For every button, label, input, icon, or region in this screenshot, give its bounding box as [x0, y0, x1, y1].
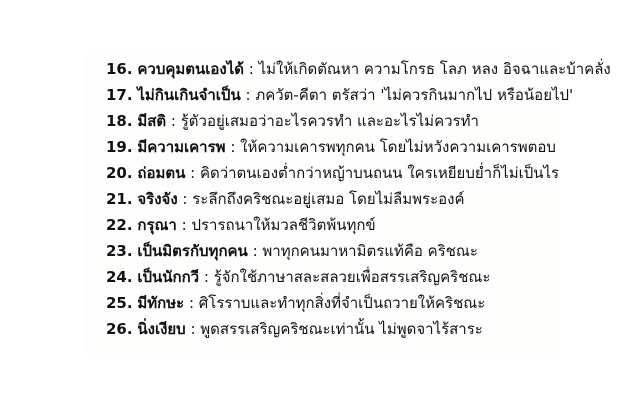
item-separator: : [248, 242, 263, 260]
item-term: มีความเคารพ [137, 138, 225, 156]
item-separator: : [184, 294, 199, 312]
item-number: 24. [106, 268, 133, 286]
item-description: ภควัต-คีตา ตรัสว่า 'ไม่ควรกินมากไป หรือน… [255, 86, 573, 104]
item-term: มีทักษะ [137, 294, 184, 312]
item-term: นิ่งเงียบ [137, 320, 185, 338]
item-separator: : [166, 112, 181, 130]
list-item-18: 18. มีสติ : รู้ตัวอยู่เสมอว่าอะไรควรทำ แ… [106, 108, 611, 134]
item-number: 23. [106, 242, 133, 260]
item-description: ให้ความเคารพทุกคน โดยไม่หวังความเคารพตอบ [240, 138, 556, 156]
item-term: ควบคุมตนเองได้ [137, 60, 244, 78]
item-number: 18. [106, 112, 133, 130]
item-term: มีสติ [137, 112, 166, 130]
list-item-20: 20. ถ่อมตน : คิดว่าตนเองต่ำกว่าหญ้าบนถนน… [106, 160, 611, 186]
list-item-23: 23. เป็นมิตรกับทุกคน : พาทุกคนมาหามิตรแท… [106, 238, 611, 264]
item-separator: : [177, 216, 192, 234]
item-separator: : [185, 164, 200, 182]
list-item-17: 17. ไม่กินเกินจำเป็น : ภควัต-คีตา ตรัสว่… [106, 82, 611, 108]
item-description: ไม่ให้เกิดตัณหา ความโกรธ โลภ หลง อิจฉาแล… [259, 60, 611, 78]
item-number: 21. [106, 190, 133, 208]
item-description: พาทุกคนมาหามิตรแท้คือ คริชณะ [262, 242, 478, 260]
item-description: คิดว่าตนเองต่ำกว่าหญ้าบนถนน ใครเหยียบย่ำ… [200, 164, 559, 182]
item-separator: : [186, 320, 201, 338]
item-description: ปรารถนาให้มวลชีวิตพ้นทุกข์ [191, 216, 375, 234]
item-separator: : [226, 138, 241, 156]
item-separator: : [199, 268, 214, 286]
item-number: 17. [106, 86, 133, 104]
list-item-26: 26. นิ่งเงียบ : พูดสรรเสริญคริชณะเท่านั้… [106, 316, 611, 342]
item-description: พูดสรรเสริญคริชณะเท่านั้น ไม่พูดจาไร้สาร… [200, 320, 483, 338]
qualities-list: 16. ควบคุมตนเองได้ : ไม่ให้เกิดตัณหา ควา… [106, 56, 611, 342]
item-separator: : [241, 86, 256, 104]
item-number: 22. [106, 216, 133, 234]
item-separator: : [244, 60, 259, 78]
item-description: ระลึกถึงคริชณะอยู่เสมอ โดยไม่ลืมพระองค์ [192, 190, 464, 208]
list-item-25: 25. มีทักษะ : ศิโรราบและทำทุกสิ่งที่จำเป… [106, 290, 611, 316]
item-description: ศิโรราบและทำทุกสิ่งที่จำเป็นถวายให้คริชณ… [199, 294, 486, 312]
item-term: จริงจัง [137, 190, 177, 208]
item-term: ไม่กินเกินจำเป็น [137, 86, 240, 104]
item-term: เป็นมิตรกับทุกคน [137, 242, 247, 260]
list-item-22: 22. กรุณา : ปรารถนาให้มวลชีวิตพ้นทุกข์ [106, 212, 611, 238]
item-number: 26. [106, 320, 133, 338]
list-item-16: 16. ควบคุมตนเองได้ : ไม่ให้เกิดตัณหา ควา… [106, 56, 611, 82]
list-item-24: 24. เป็นนักกวี : รู้จักใช้ภาษาสละสลวยเพื… [106, 264, 611, 290]
item-separator: : [178, 190, 193, 208]
item-number: 25. [106, 294, 133, 312]
item-term: กรุณา [137, 216, 176, 234]
item-term: เป็นนักกวี [137, 268, 199, 286]
document-page: 16. ควบคุมตนเองได้ : ไม่ให้เกิดตัณหา ควา… [0, 0, 640, 400]
list-item-19: 19. มีความเคารพ : ให้ความเคารพทุกคน โดยไ… [106, 134, 611, 160]
item-number: 20. [106, 164, 133, 182]
item-term: ถ่อมตน [137, 164, 185, 182]
item-number: 16. [106, 60, 133, 78]
list-item-21: 21. จริงจัง : ระลึกถึงคริชณะอยู่เสมอ โดย… [106, 186, 611, 212]
item-number: 19. [106, 138, 133, 156]
item-description: รู้ตัวอยู่เสมอว่าอะไรควรทำ และอะไรไม่ควร… [181, 112, 479, 130]
item-description: รู้จักใช้ภาษาสละสลวยเพื่อสรรเสริญคริชณะ [214, 268, 491, 286]
